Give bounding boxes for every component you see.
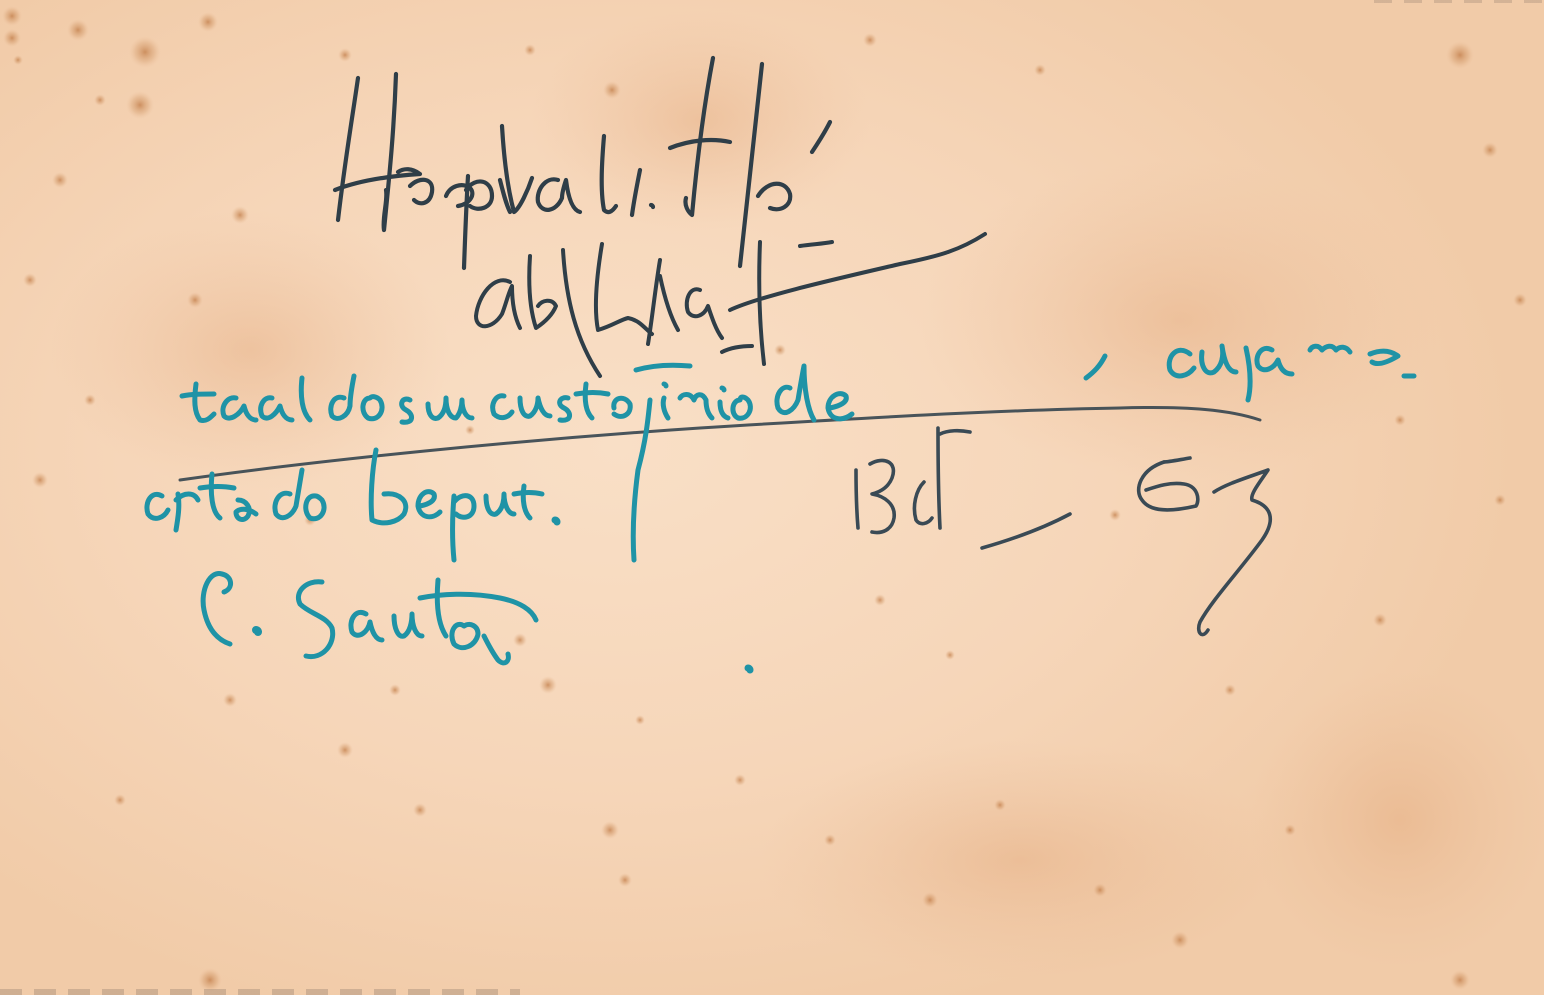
dark-ink-line-2 (476, 234, 985, 376)
dark-ink-line-1 (335, 58, 830, 268)
handwritten-inscription (0, 0, 1544, 995)
paper-bottom-edge (0, 989, 520, 995)
aged-photo-back: Hospital S. José de Setúbal cuja me- taa… (0, 0, 1544, 995)
dark-ink-date (856, 428, 1270, 635)
teal-ink-text (147, 346, 1414, 670)
paper-top-edge (1374, 0, 1544, 3)
